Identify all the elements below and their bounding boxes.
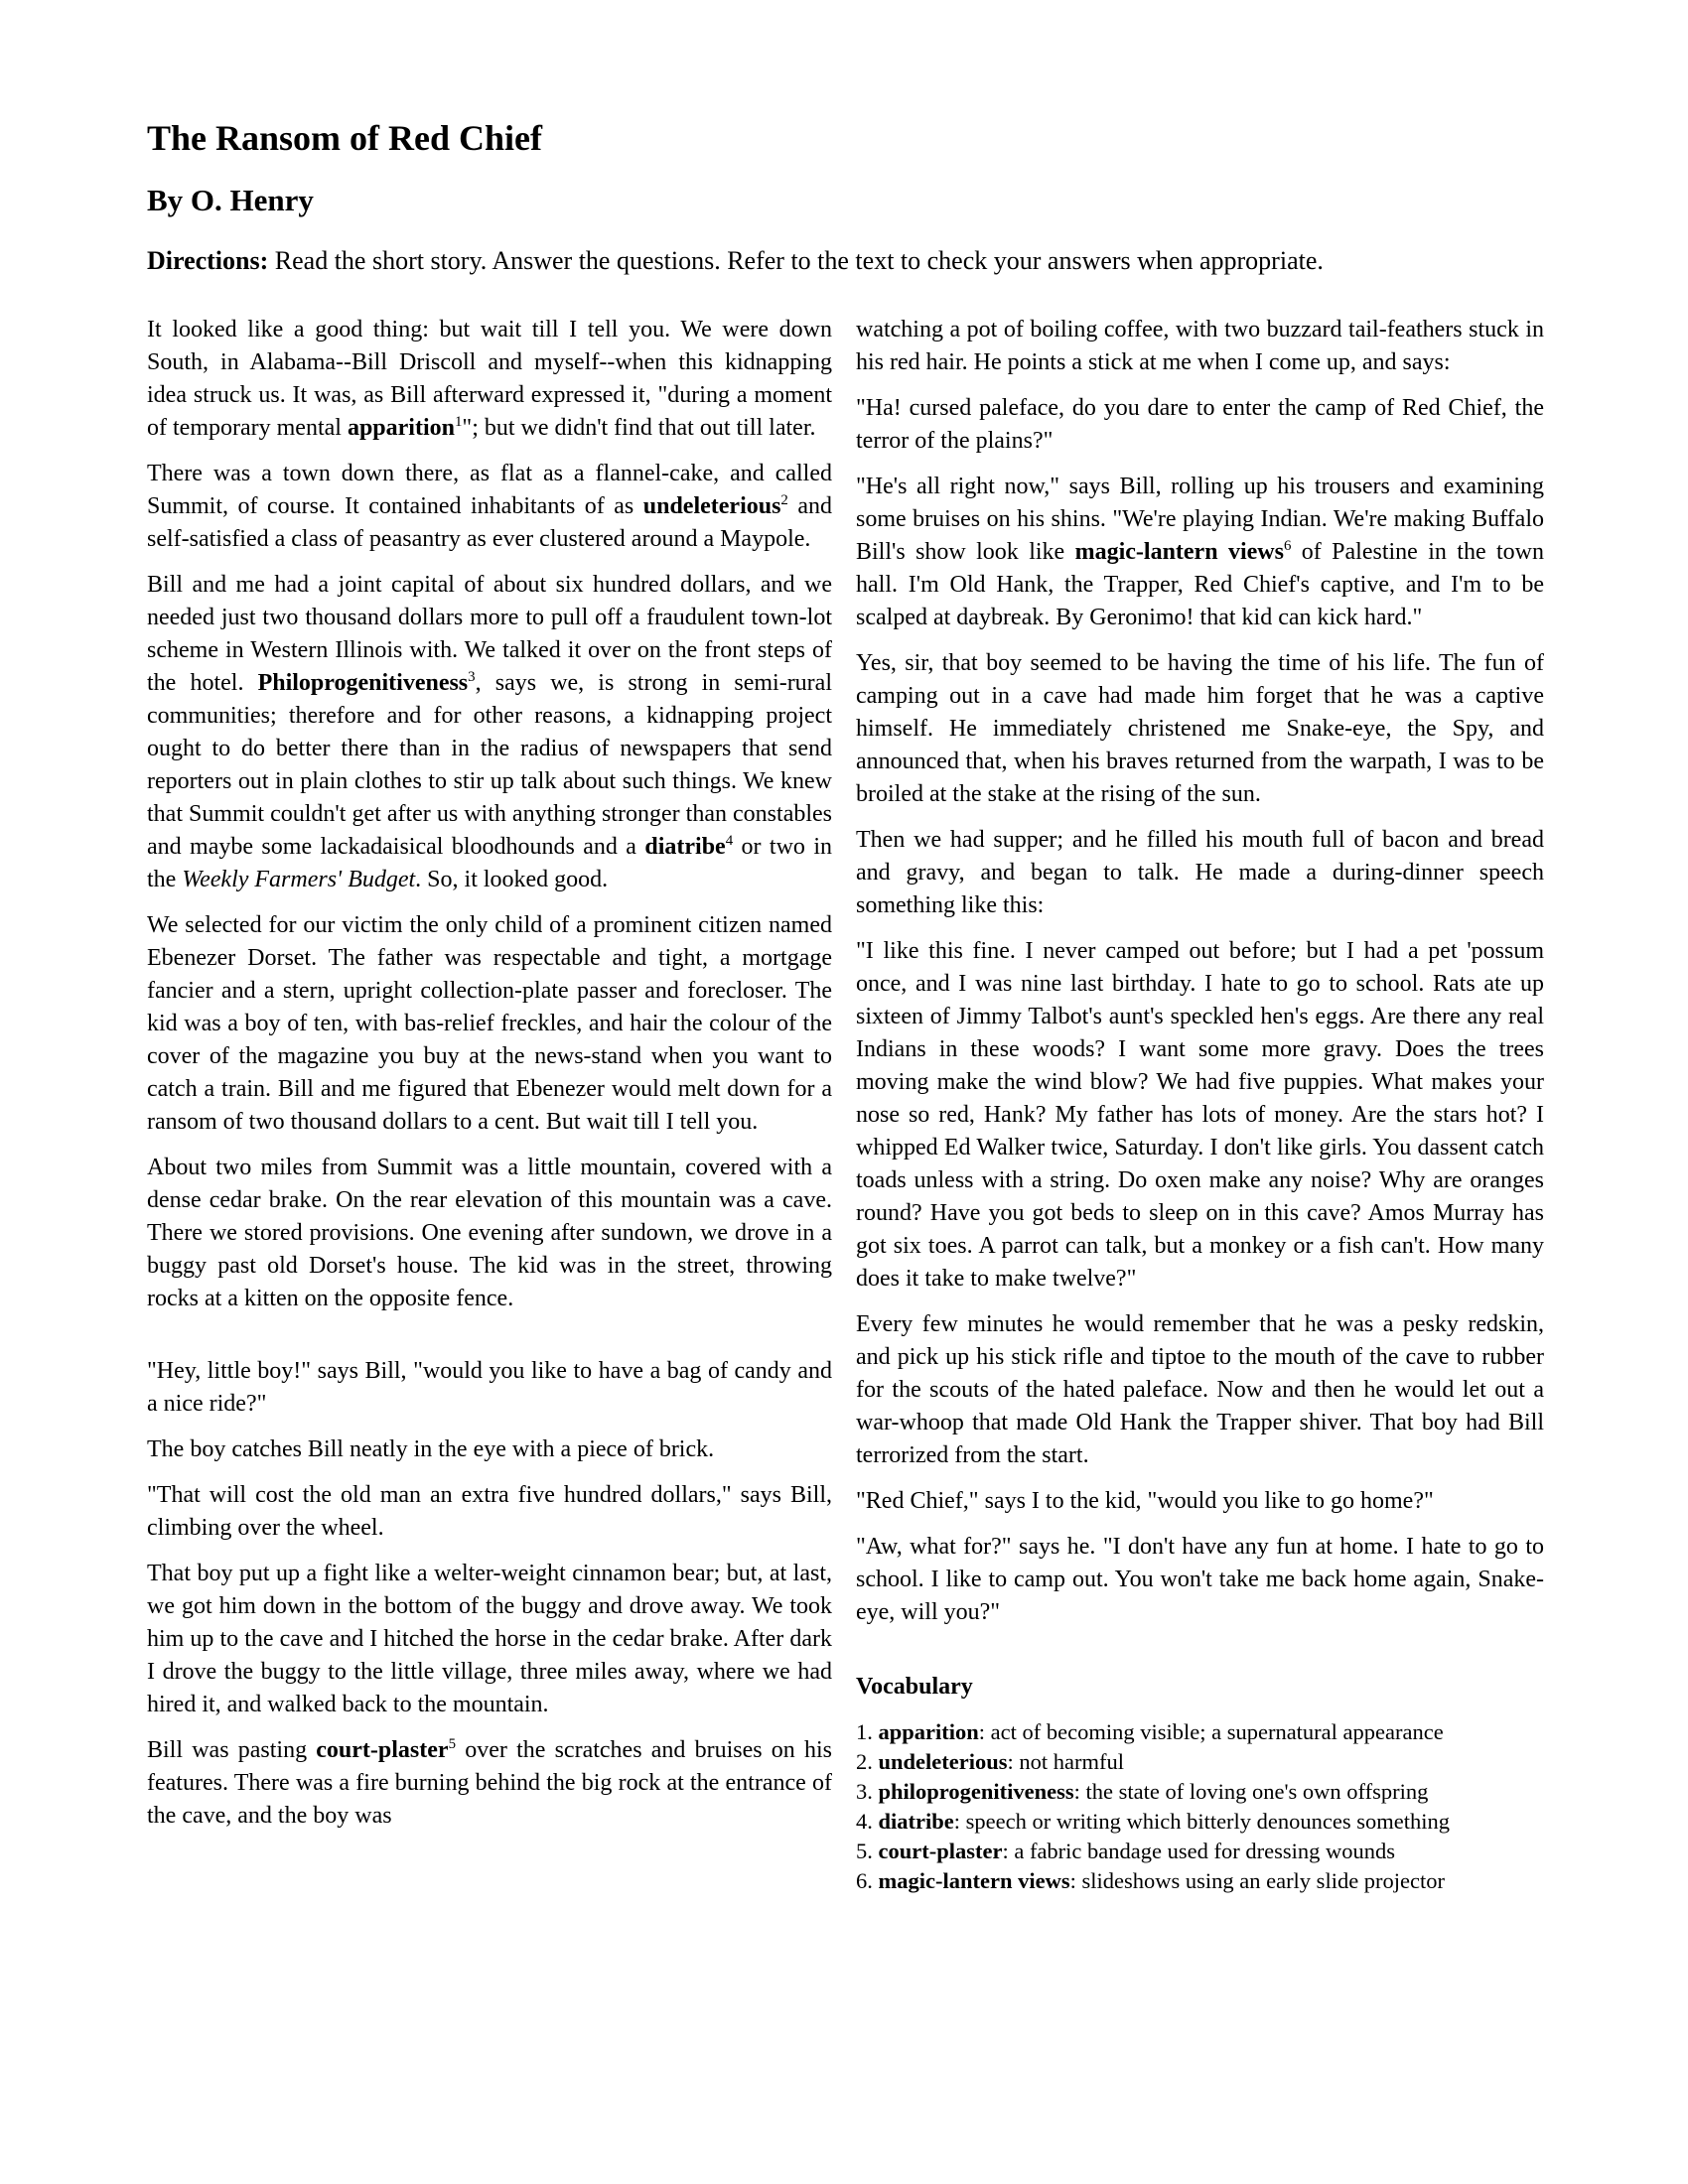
story-paragraph: About two miles from Summit was a little…: [147, 1152, 832, 1315]
story-paragraph: watching a pot of boiling coffee, with t…: [856, 314, 1544, 379]
vocab-definition: : a fabric bandage used for dressing wou…: [1002, 1839, 1395, 1863]
vocab-number: 6.: [856, 1868, 879, 1893]
story-paragraph: Every few minutes he would remember that…: [856, 1308, 1544, 1472]
vocab-item: 3. philoprogenitiveness: the state of lo…: [856, 1777, 1544, 1807]
vocab-item: 5. court-plaster: a fabric bandage used …: [856, 1837, 1544, 1866]
directions-line: Directions: Read the short story. Answer…: [147, 245, 1544, 278]
vocab-number: 4.: [856, 1809, 879, 1834]
story-paragraph: "Red Chief," says I to the kid, "would y…: [856, 1485, 1544, 1518]
page-title: The Ransom of Red Chief: [147, 117, 1544, 160]
story-paragraph: The boy catches Bill neatly in the eye w…: [147, 1433, 832, 1466]
vocab-term: diatribe: [879, 1809, 954, 1834]
story-paragraph: "Ha! cursed paleface, do you dare to ent…: [856, 392, 1544, 458]
right-column: watching a pot of boiling coffee, with t…: [856, 314, 1544, 1896]
story-paragraph: "Aw, what for?" says he. "I don't have a…: [856, 1531, 1544, 1629]
vocab-item: 6. magic-lantern views: slideshows using…: [856, 1866, 1544, 1896]
story-paragraph: Then we had supper; and he filled his mo…: [856, 824, 1544, 922]
story-paragraph: "I like this fine. I never camped out be…: [856, 935, 1544, 1296]
document-page: The Ransom of Red Chief By O. Henry Dire…: [0, 0, 1688, 2184]
vocab-number: 5.: [856, 1839, 879, 1863]
vocabulary-section: Vocabulary 1. apparition: act of becomin…: [856, 1671, 1544, 1896]
story-paragraph: Bill was pasting court-plaster5 over the…: [147, 1734, 832, 1833]
vocab-term: court-plaster: [879, 1839, 1003, 1863]
directions-label: Directions:: [147, 246, 268, 275]
vocab-definition: : slideshows using an early slide projec…: [1070, 1868, 1445, 1893]
vocab-definition: : act of becoming visible; a supernatura…: [979, 1719, 1444, 1744]
vocab-number: 1.: [856, 1719, 879, 1744]
vocab-term: undeleterious: [879, 1749, 1008, 1774]
story-paragraph: We selected for our victim the only chil…: [147, 909, 832, 1139]
vocab-term: philoprogenitiveness: [879, 1779, 1074, 1804]
directions-text: Read the short story. Answer the questio…: [268, 246, 1324, 275]
vocab-definition: : speech or writing which bitterly denou…: [954, 1809, 1450, 1834]
vocab-item: 1. apparition: act of becoming visible; …: [856, 1717, 1544, 1747]
story-paragraph: Yes, sir, that boy seemed to be having t…: [856, 647, 1544, 811]
vocab-number: 3.: [856, 1779, 879, 1804]
vocab-term: magic-lantern views: [879, 1868, 1070, 1893]
vocab-definition: : the state of loving one's own offsprin…: [1074, 1779, 1429, 1804]
story-paragraph: "That will cost the old man an extra fiv…: [147, 1479, 832, 1545]
story-columns: It looked like a good thing: but wait ti…: [147, 314, 1544, 1896]
vocab-definition: : not harmful: [1008, 1749, 1124, 1774]
vocabulary-heading: Vocabulary: [856, 1671, 1544, 1704]
left-column: It looked like a good thing: but wait ti…: [147, 314, 832, 1833]
vocab-number: 2.: [856, 1749, 879, 1774]
story-paragraph: Bill and me had a joint capital of about…: [147, 569, 832, 896]
story-paragraph: "He's all right now," says Bill, rolling…: [856, 471, 1544, 634]
vocab-term: apparition: [879, 1719, 979, 1744]
vocab-item: 2. undeleterious: not harmful: [856, 1747, 1544, 1777]
author-byline: By O. Henry: [147, 182, 1544, 218]
story-paragraph: It looked like a good thing: but wait ti…: [147, 314, 832, 445]
story-paragraph: There was a town down there, as flat as …: [147, 458, 832, 556]
story-paragraph: That boy put up a fight like a welter-we…: [147, 1558, 832, 1721]
vocab-item: 4. diatribe: speech or writing which bit…: [856, 1807, 1544, 1837]
story-paragraph: "Hey, little boy!" says Bill, "would you…: [147, 1355, 832, 1421]
